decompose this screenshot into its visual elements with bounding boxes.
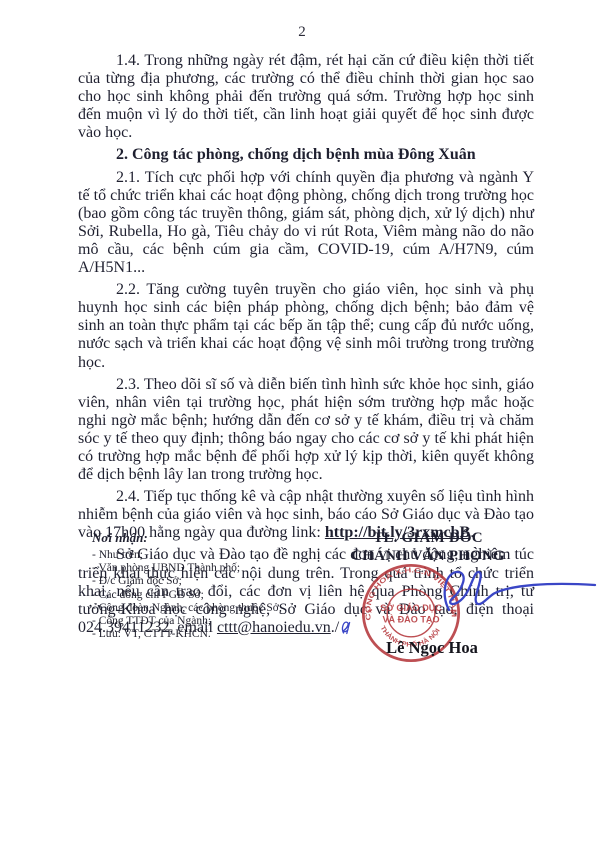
recipient-item: - Công đoàn Ngành, các phòng thuộc Sở; <box>92 602 282 615</box>
section-2-heading: 2. Công tác phòng, chống dịch bệnh mùa Đ… <box>78 146 534 164</box>
paragraph-2-3: 2.3. Theo dõi sĩ số và diễn biến tình hì… <box>78 376 534 485</box>
handwritten-signature <box>437 562 602 617</box>
blue-initial-mark <box>340 619 353 636</box>
recipient-item: - Như trên; <box>92 549 282 562</box>
recipient-item: - Lưu: VT, CTTT-KHCN. <box>92 628 282 641</box>
signer-role-line1: TL. GIÁM ĐỐC <box>278 529 578 547</box>
signer-name: Lê Ngọc Hoa <box>332 638 532 658</box>
signature-title-block: TL. GIÁM ĐỐC CHÁNH VĂN PHÒNG <box>278 529 578 565</box>
stamp-star-left-icon: ★ <box>367 607 373 615</box>
paragraph-2-2: 2.2. Tăng cường tuyên truyền cho giáo vi… <box>78 281 534 371</box>
recipients-block: Nơi nhận: - Như trên; - Văn phòng UBND T… <box>92 530 282 641</box>
page-number: 2 <box>0 24 604 41</box>
document-page: 2 1.4. Trong những ngày rét đậm, rét hại… <box>0 0 604 852</box>
stamp-center-line1: SỞ GIÁO DỤC <box>380 602 442 613</box>
recipient-item: - Văn phòng UBND Thành phố; <box>92 562 282 575</box>
stamp-center-line2: VÀ ĐÀO TẠO <box>382 615 439 625</box>
recipient-item: - Cổng TTĐT của Ngành; <box>92 615 282 628</box>
paragraph-1-4: 1.4. Trong những ngày rét đậm, rét hại c… <box>78 52 534 142</box>
recipients-label: Nơi nhận: <box>92 530 282 546</box>
recipient-item: - Đ/c Giám đốc Sở; <box>92 575 282 588</box>
recipient-item: - Các đồng chí PGĐ Sở; <box>92 589 282 602</box>
closing-end-mark: ./ <box>331 619 339 636</box>
paragraph-2-1: 2.1. Tích cực phối hợp với chính quyền đ… <box>78 169 534 278</box>
